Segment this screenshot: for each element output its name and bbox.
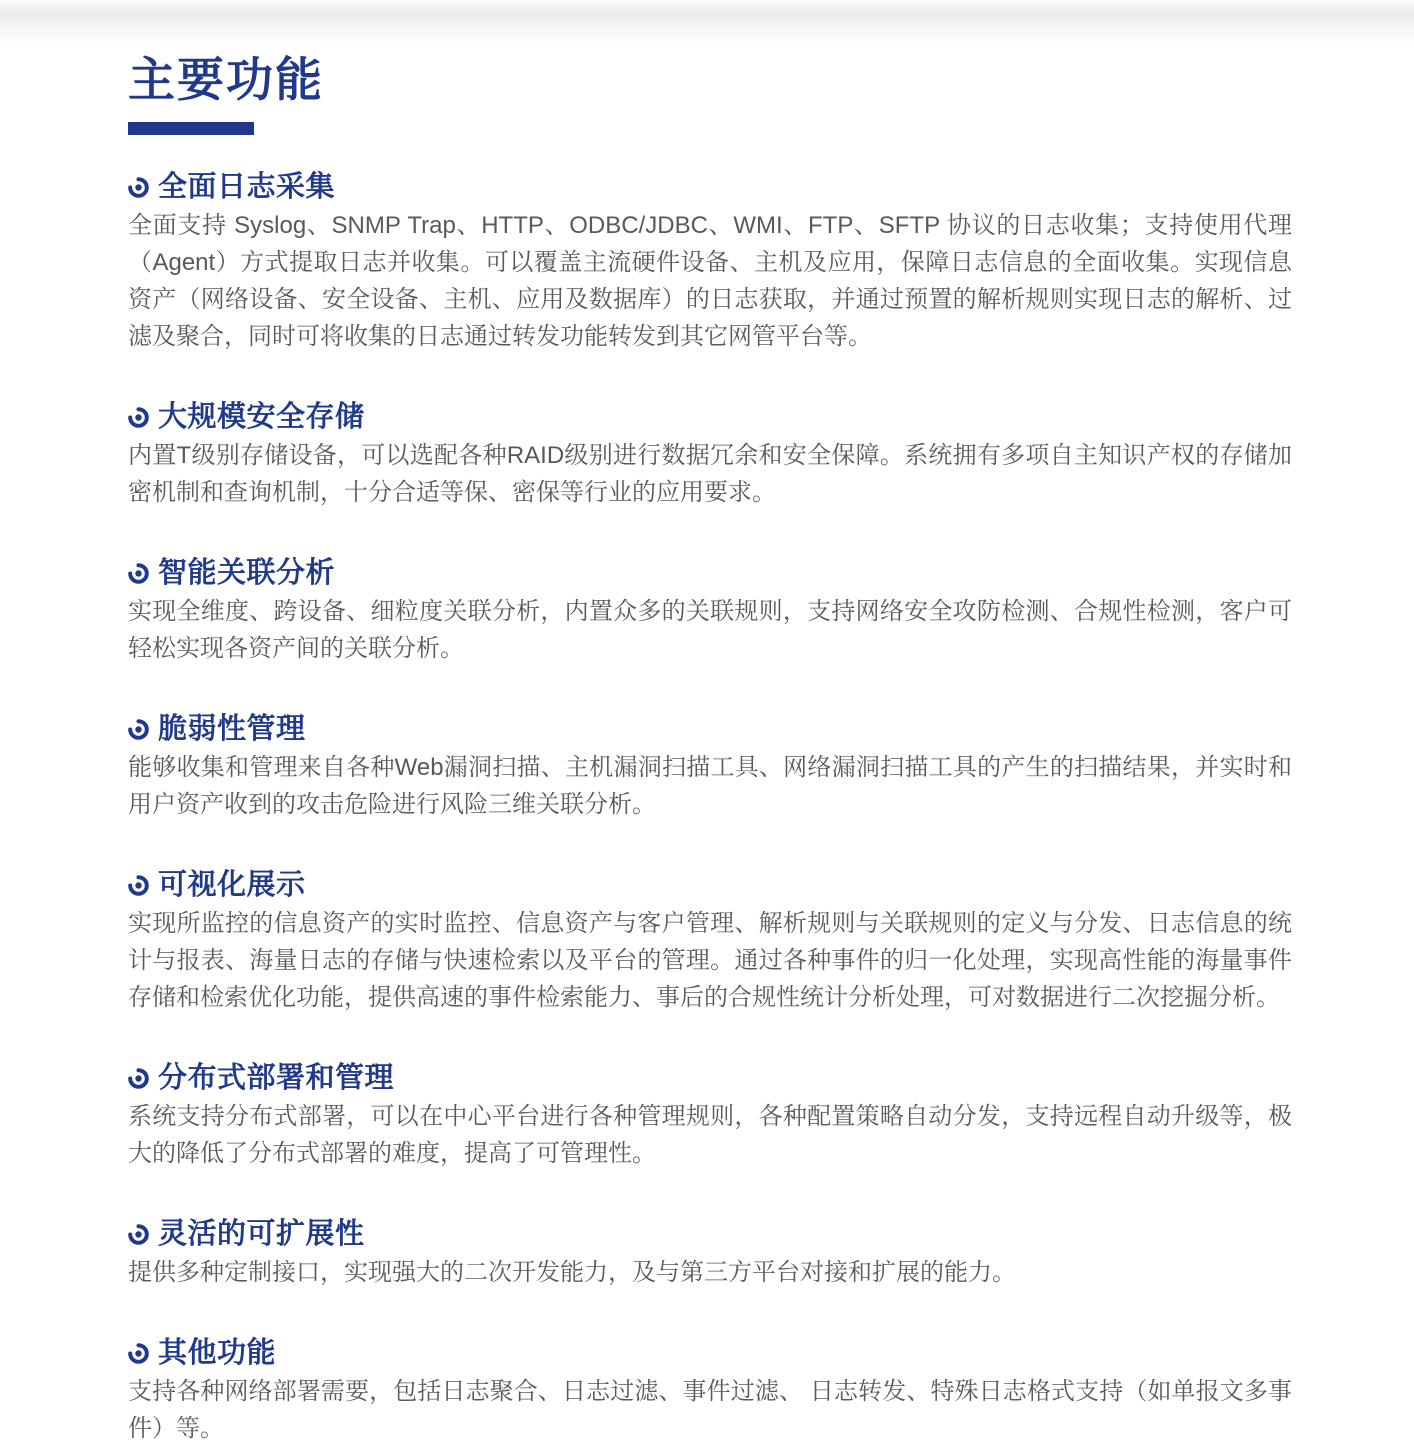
feature-heading-row: 智能关联分析 [128, 557, 1292, 589]
swirl-bullet-icon [128, 1224, 149, 1245]
feature-heading: 可视化展示 [158, 869, 306, 901]
swirl-bullet-icon [128, 563, 149, 584]
feature-paragraph: 系统支持分布式部署，可以在中心平台进行各种管理规则，各种配置策略自动分发，支持远… [128, 1098, 1292, 1172]
feature-heading-row: 分布式部署和管理 [128, 1062, 1292, 1094]
feature-heading-row: 灵活的可扩展性 [128, 1218, 1292, 1250]
feature-paragraph: 提供多种定制接口，实现强大的二次开发能力，及与第三方平台对接和扩展的能力。 [128, 1254, 1292, 1291]
feature-heading: 其他功能 [158, 1337, 276, 1369]
feature-heading-row: 大规模安全存储 [128, 401, 1292, 433]
feature-heading-row: 可视化展示 [128, 869, 1292, 901]
feature-heading-row: 全面日志采集 [128, 171, 1292, 203]
title-underline-bar [128, 122, 254, 135]
swirl-bullet-icon [128, 719, 149, 740]
feature-paragraph: 实现所监控的信息资产的实时监控、信息资产与客户管理、解析规则与关联规则的定义与分… [128, 905, 1292, 1016]
feature-section-extensibility: 灵活的可扩展性 提供多种定制接口，实现强大的二次开发能力，及与第三方平台对接和扩… [128, 1218, 1292, 1291]
feature-section-secure-storage: 大规模安全存储 内置T级别存储设备，可以选配各种RAID级别进行数据冗余和安全保… [128, 401, 1292, 511]
feature-paragraph: 全面支持 Syslog、SNMP Trap、HTTP、ODBC/JDBC、WMI… [128, 207, 1292, 355]
feature-heading-row: 脆弱性管理 [128, 713, 1292, 745]
page-title: 主要功能 [128, 56, 1292, 103]
feature-paragraph: 支持各种网络部署需要，包括日志聚合、日志过滤、事件过滤、 日志转发、特殊日志格式… [128, 1373, 1292, 1447]
swirl-bullet-icon [128, 407, 149, 428]
feature-paragraph: 能够收集和管理来自各种Web漏洞扫描、主机漏洞扫描工具、网络漏洞扫描工具的产生的… [128, 749, 1292, 823]
feature-section-vulnerability-management: 脆弱性管理 能够收集和管理来自各种Web漏洞扫描、主机漏洞扫描工具、网络漏洞扫描… [128, 713, 1292, 823]
feature-section-log-collection: 全面日志采集 全面支持 Syslog、SNMP Trap、HTTP、ODBC/J… [128, 171, 1292, 355]
feature-heading: 大规模安全存储 [158, 401, 365, 433]
feature-heading: 分布式部署和管理 [158, 1062, 394, 1094]
feature-heading-row: 其他功能 [128, 1337, 1292, 1369]
feature-paragraph: 内置T级别存储设备，可以选配各种RAID级别进行数据冗余和安全保障。系统拥有多项… [128, 437, 1292, 511]
feature-heading: 智能关联分析 [158, 557, 335, 589]
feature-heading: 灵活的可扩展性 [158, 1218, 365, 1250]
swirl-bullet-icon [128, 875, 149, 896]
swirl-bullet-icon [128, 177, 149, 198]
feature-section-other-functions: 其他功能 支持各种网络部署需要，包括日志聚合、日志过滤、事件过滤、 日志转发、特… [128, 1337, 1292, 1447]
feature-heading: 全面日志采集 [158, 171, 335, 203]
feature-section-visualization: 可视化展示 实现所监控的信息资产的实时监控、信息资产与客户管理、解析规则与关联规… [128, 869, 1292, 1016]
swirl-bullet-icon [128, 1343, 149, 1364]
feature-section-correlation-analysis: 智能关联分析 实现全维度、跨设备、细粒度关联分析，内置众多的关联规则，支持网络安… [128, 557, 1292, 667]
swirl-bullet-icon [128, 1068, 149, 1089]
feature-heading: 脆弱性管理 [158, 713, 306, 745]
main-content: 主要功能 全面日志采集 全面支持 Syslog、SNMP Trap、HTTP、O… [0, 0, 1414, 1447]
feature-section-distributed-deployment: 分布式部署和管理 系统支持分布式部署，可以在中心平台进行各种管理规则，各种配置策… [128, 1062, 1292, 1172]
feature-paragraph: 实现全维度、跨设备、细粒度关联分析，内置众多的关联规则，支持网络安全攻防检测、合… [128, 593, 1292, 667]
